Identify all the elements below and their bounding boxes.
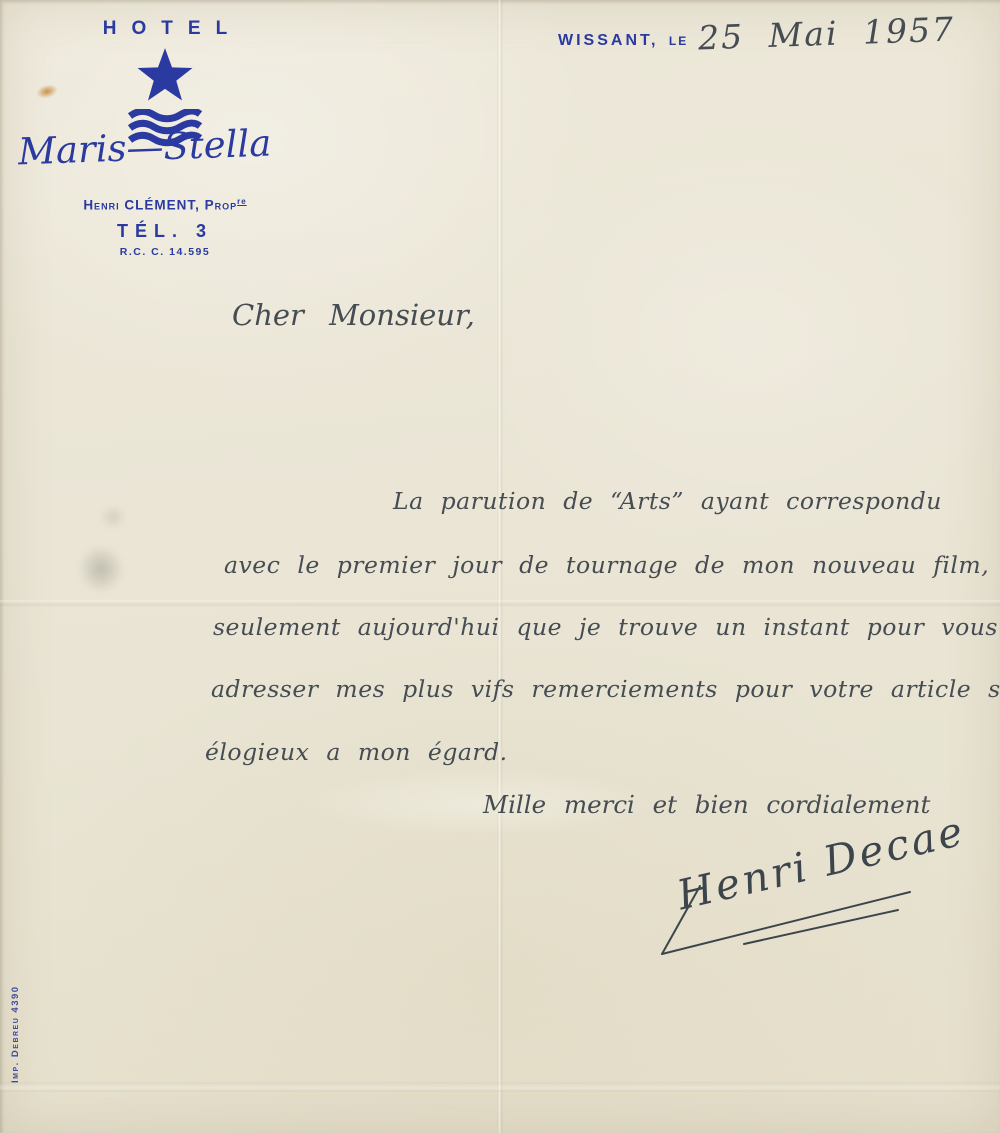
body-line-4: adresser mes plus vifs remerciements pou… (211, 675, 1000, 703)
star-icon (134, 48, 196, 104)
place-printed: WISSANT, (558, 32, 658, 49)
closing-line: Mille merci et bien cordialement (483, 790, 930, 819)
body-line-1: La parution de “Arts” ayant correspondu (393, 487, 942, 515)
body-line-3: seulement aujourd'hui que je trouve un i… (213, 613, 998, 641)
bottom-crease (0, 1082, 1000, 1092)
signature-block: Henri Decae (648, 858, 938, 973)
signature-flourish (648, 858, 938, 973)
grey-smudge (78, 545, 124, 593)
le-printed: LE (669, 34, 688, 48)
grey-smudge-small (100, 505, 126, 529)
proprietor-last-name: CLÉMENT, (124, 198, 200, 213)
proprietor-first-name: Henri (83, 198, 119, 213)
hotel-name-script: Maris—Stella (17, 122, 268, 174)
body-line-2: avec le premier jour de tournage de mon … (224, 551, 1000, 579)
salutation: Cher Monsieur, (232, 298, 475, 332)
telephone-line: TÉL. 3 (40, 221, 290, 242)
horizontal-fold-line (0, 600, 1000, 607)
proprietor-line: Henri CLÉMENT, Propre (40, 197, 290, 213)
hotel-word: HOTEL (40, 18, 290, 40)
printer-mark: Imp. Debreu 4390 (10, 968, 21, 1083)
proprietor-title: Prop (205, 198, 238, 213)
proprietor-title-superscript: re (237, 197, 247, 206)
dateline: WISSANT, LE (558, 32, 688, 50)
registry-line: R.C. C. 14.595 (40, 246, 290, 258)
body-line-5: élogieux a mon égard. (205, 738, 508, 766)
